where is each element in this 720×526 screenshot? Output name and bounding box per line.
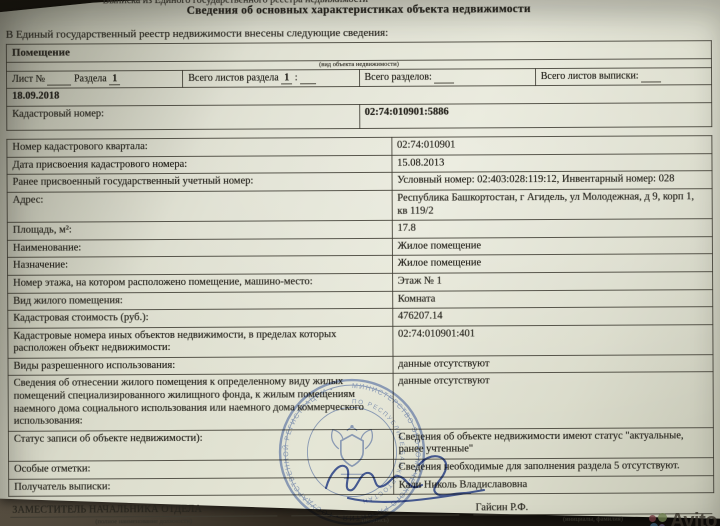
- cadastral-number-label: Кадастровый номер:: [7, 104, 360, 130]
- signature-scrawl: [318, 448, 493, 510]
- blank-underline: [48, 75, 72, 85]
- section-value: 1: [109, 73, 120, 85]
- row-value: Жилое помещение: [392, 236, 712, 255]
- total-sections-label: Всего разделов:: [365, 72, 432, 83]
- row-label: Адрес:: [7, 190, 392, 222]
- row-label: Виды разрешенного использования:: [8, 356, 393, 376]
- sheet-label: Лист №: [12, 74, 45, 85]
- row-value: 02:74:010901:401: [392, 324, 713, 356]
- row-value: данные отсутствуют: [393, 372, 714, 429]
- row-value: 476207.14: [392, 307, 712, 326]
- row-label: Номер этажа, на котором расположено поме…: [8, 273, 393, 293]
- row-label: Вид жилого помещения:: [8, 291, 393, 311]
- row-label: Площадь, м²:: [7, 220, 392, 240]
- intro-text: В Единый государственный реестр недвижим…: [6, 25, 712, 41]
- row-value: Комната: [392, 289, 712, 308]
- avito-watermark-text: Avito: [670, 510, 717, 526]
- position-caption: (полное наименование должности): [10, 517, 277, 526]
- row-label: Дата присвоения кадастрового номера:: [7, 155, 392, 175]
- row-value: Республика Башкортостан, г Агидель, ул М…: [392, 189, 713, 221]
- row-value: Жилое помещение: [392, 254, 712, 273]
- total-sheets-colon: :: [295, 72, 298, 83]
- table-row: Кадастровый номер: 02:74:010901:5886: [7, 102, 712, 130]
- table-row: Кадастровые номера иных объектов недвижи…: [8, 324, 713, 358]
- row-label: Номер кадастрового квартала:: [7, 138, 392, 158]
- total-sheets-value: 1: [281, 72, 292, 84]
- row-value: 15.08.2013: [392, 153, 712, 172]
- row-label: Наименование:: [7, 238, 392, 258]
- row-value: Условный номер: 02:403:028:119:12, Инвен…: [392, 171, 712, 190]
- row-value: данные отсутствуют: [393, 355, 713, 374]
- total-sections-cell: Всего разделов:: [359, 69, 535, 87]
- row-label: Назначение:: [7, 256, 392, 276]
- cadastral-number-value: 02:74:010901:5886: [359, 102, 712, 128]
- total-sheets-label: Всего листов раздела: [188, 72, 278, 83]
- row-value: 02:74:010901: [391, 136, 711, 155]
- total-extract-sheets-cell: Всего листов выписки:: [535, 68, 711, 86]
- sheet-number-cell: Лист № Раздела 1: [6, 70, 182, 88]
- document-photo: Выписка из Единого государственного реес…: [0, 0, 720, 526]
- blank-underline: [641, 72, 661, 82]
- row-label: Кадастровая стоимость (руб.):: [8, 308, 393, 328]
- object-header-table: Помещение (вид объекта недвижимости) Лис…: [6, 40, 712, 131]
- blank-underline: [300, 74, 316, 84]
- section-label: Раздела: [74, 73, 107, 84]
- total-sheets-cell: Всего листов раздела 1 :: [183, 69, 359, 87]
- blank-underline: [434, 73, 454, 83]
- row-label: Ранее присвоенный государственный учетны…: [7, 173, 392, 193]
- avito-logo-icon: [649, 513, 667, 526]
- total-extract-sheets-label: Всего листов выписки:: [541, 71, 639, 83]
- row-label: Кадастровые номера иных объектов недвижи…: [8, 326, 393, 358]
- table-row: Адрес:Республика Башкортостан, г Агидель…: [7, 189, 712, 223]
- avito-watermark: Avito: [649, 510, 717, 526]
- row-value: Этаж № 1: [392, 272, 712, 291]
- row-value: 17.8: [392, 219, 712, 238]
